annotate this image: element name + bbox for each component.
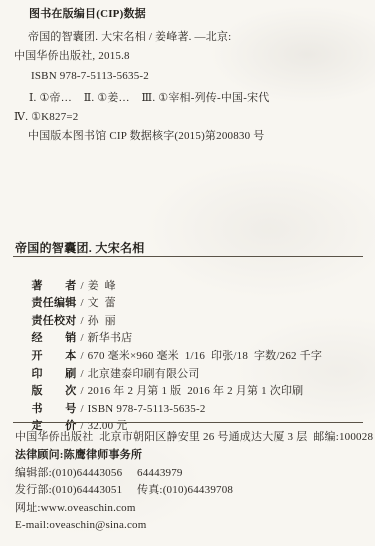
publisher-address: 中国华侨出版社 北京市朝阳区静安里 26 号通成达大厦 3 层 邮编:10002… — [15, 431, 373, 444]
row-label: 书 号 — [32, 401, 77, 419]
row-label: 开 本 — [32, 348, 77, 366]
slash-separator: / — [81, 385, 84, 397]
slash-separator: / — [81, 297, 84, 309]
row-value: 文 蕾 — [88, 297, 116, 309]
legal-counsel: 法律顾问:陈鹰律师事务所 — [15, 449, 142, 462]
slash-separator: / — [81, 332, 84, 344]
cip-isbn-line: ISBN 978-7-5113-5635-2 — [31, 70, 149, 83]
cip-classification-line-1: Ⅰ. ①帝… Ⅱ. ①姜… Ⅲ. ①宰相-列传-中国-宋代 — [29, 92, 270, 105]
email-line: E-mail:oveaschin@sina.com — [15, 519, 147, 532]
row-value: 2016 年 2 月第 1 版 2016 年 2 月第 1 次印刷 — [88, 385, 304, 397]
row-label: 责任校对 — [32, 313, 77, 331]
row-value: 孙 丽 — [88, 315, 116, 327]
cip-header: 图书在版编目(CIP)数据 — [29, 8, 146, 21]
row-value: 北京建泰印刷有限公司 — [88, 368, 200, 380]
slash-separator: / — [81, 315, 84, 327]
distribution-phone: 发行部:(010)64443051 传真:(010)64439708 — [15, 484, 233, 497]
slash-separator: / — [81, 368, 84, 380]
slash-separator: / — [81, 350, 84, 362]
website-line: 网址:www.oveaschin.com — [15, 502, 136, 515]
book-title: 帝国的智囊团. 大宋名相 — [15, 239, 145, 256]
row-label: 经 销 — [32, 330, 77, 348]
cip-publisher-line: 中国华侨出版社, 2015.8 — [14, 50, 130, 63]
row-value: ISBN 978-7-5113-5635-2 — [88, 403, 206, 415]
row-value: 姜 峰 — [88, 280, 116, 292]
slash-separator: / — [81, 280, 84, 292]
row-label: 版 次 — [32, 383, 77, 401]
colophon-table: 著 者/姜 峰 责任编辑/文 蕾 责任校对/孙 丽 经 销/新华书店 开 本/6… — [15, 260, 365, 418]
row-value: 670 毫米×960 毫米 1/16 印张/18 字数/262 千字 — [88, 350, 323, 362]
row-value: 新华书店 — [88, 332, 133, 344]
cip-classification-line-2: Ⅳ. ①K827=2 — [14, 111, 79, 124]
row-label: 责任编辑 — [32, 295, 77, 313]
slash-separator: / — [81, 403, 84, 415]
copyright-page: 图书在版编目(CIP)数据 帝国的智囊团. 大宋名相 / 姜峰著. —北京: 中… — [0, 0, 375, 546]
cip-title-line: 帝国的智囊团. 大宋名相 / 姜峰著. —北京: — [28, 31, 231, 44]
divider-top — [13, 256, 363, 257]
row-label: 著 者 — [32, 278, 77, 296]
row-label: 印 刷 — [32, 366, 77, 384]
divider-bottom — [13, 422, 363, 423]
editorial-phone: 编辑部:(010)64443056 64443979 — [15, 467, 183, 480]
colophon-row-author: 著 者/姜 峰 — [15, 260, 365, 278]
cip-record-line: 中国版本图书馆 CIP 数据核字(2015)第200830 号 — [28, 130, 265, 143]
